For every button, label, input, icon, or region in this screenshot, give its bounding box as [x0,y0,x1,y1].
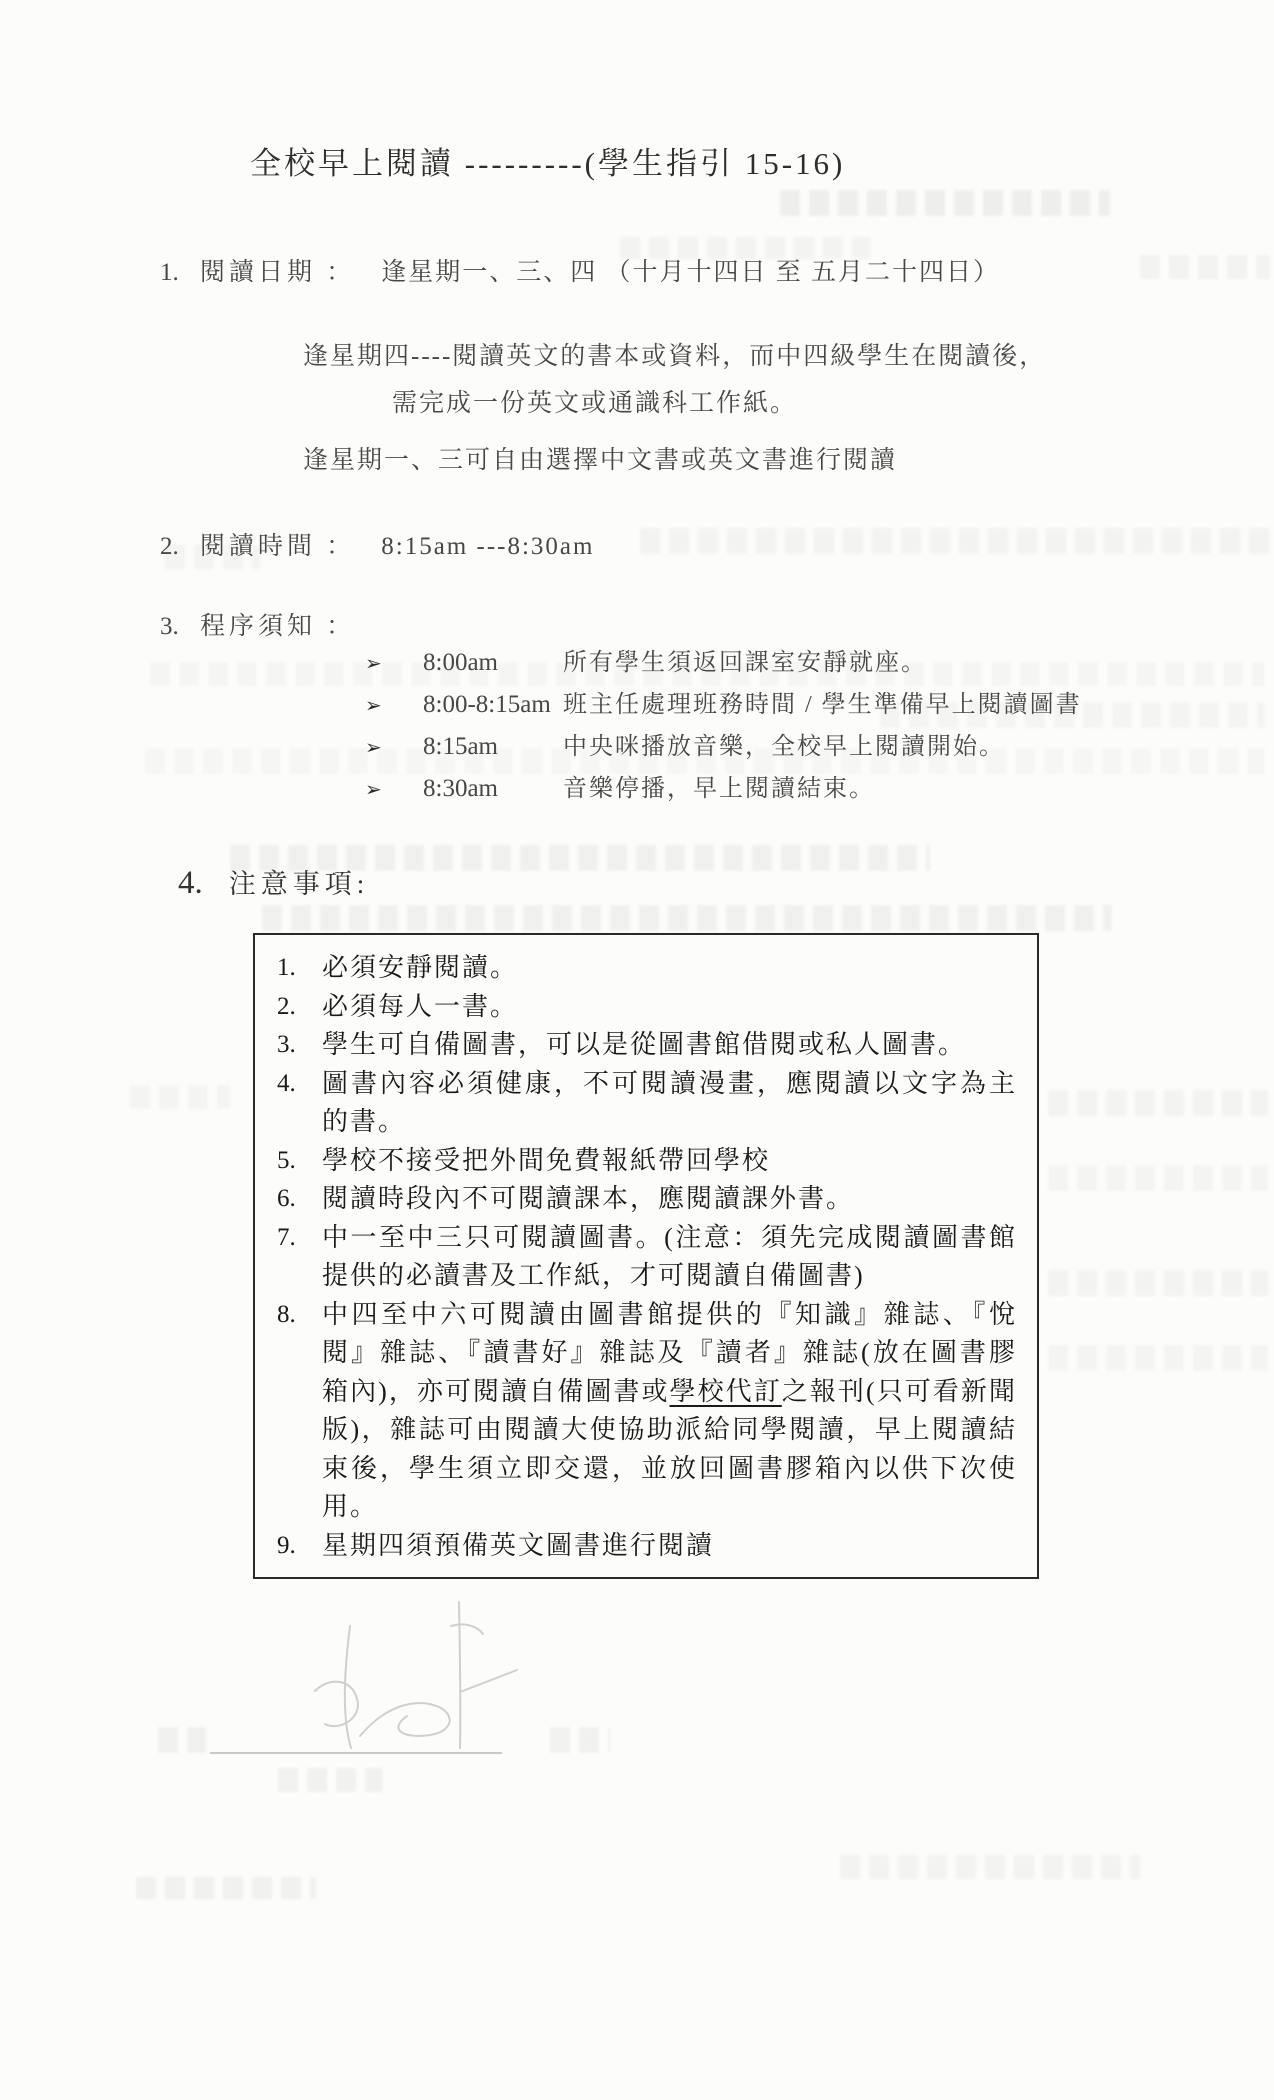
bleedthrough-ghost [1048,1270,1268,1296]
bleedthrough-ghost [1048,1165,1268,1191]
note-item: 8. 中四至中六可閱讀由圖書館提供的『知識』雜誌、『悅閱』雜誌、『讀書好』雜誌及… [277,1296,1017,1527]
section-label: 閱讀時間 ： [200,533,355,560]
schedule-time: 8:00-8:15am [423,691,563,719]
note-item: 7. 中一至中三只可閱讀圖書。(注意：須先完成閱讀圖書館提供的必讀書及工作紙，才… [277,1219,1017,1296]
section-value: 逢星期一、三、四 （十月十四日 至 五月二十四日） [381,259,1000,286]
note-item: 1. 必須安靜閱讀。 [277,949,1017,988]
schedule-row: ➢ 8:00-8:15am 班主任處理班務時間 / 學生準備早上閱讀圖書 [365,684,1082,726]
note-number: 9. [277,1527,309,1566]
section-reading-dates: 1.閱讀日期 ：逢星期一、三、四 （十月十四日 至 五月二十四日） [160,252,1000,288]
note-text: 學生可自備圖書，可以是從圖書館借閱或私人圖書。 [322,1026,1017,1065]
note-text: 中一至中三只可閱讀圖書。(注意：須先完成閱讀圖書館提供的必讀書及工作紙，才可閱讀… [322,1219,1017,1296]
note-number: 4. [277,1065,309,1142]
note-text: 圖書內容必須健康，不可閱讀漫畫，應閱讀以文字為主的書。 [322,1065,1017,1142]
bleedthrough-ghost [780,190,1110,216]
underlined-phrase: 學校代訂 [670,1377,782,1406]
note-number: 8. [277,1296,309,1527]
note-text: 星期四須預備英文圖書進行閱讀 [322,1527,1017,1566]
section-procedures: 3.程序須知 ： [160,606,355,642]
section-number: 1. [160,259,200,287]
bleedthrough-ghost [262,905,1112,931]
note-number: 6. [277,1180,309,1219]
note-text: 學校不接受把外間免費報紙帶回學校 [322,1142,1017,1181]
bleedthrough-ghost [278,1768,383,1792]
note-item: 9. 星期四須預備英文圖書進行閱讀 [277,1527,1017,1566]
section-number: 2. [160,533,200,561]
note-number: 3. [277,1026,309,1065]
note-number: 1. [277,949,309,988]
note-item: 5. 學校不接受把外間免費報紙帶回學校 [277,1142,1017,1181]
bleedthrough-ghost [158,1727,206,1753]
note-number: 5. [277,1142,309,1181]
section-value: 8:15am ---8:30am [381,533,594,560]
note-item: 6. 閱讀時段內不可閱讀課本，應閱讀課外書。 [277,1180,1017,1219]
section-label: 程序須知 ： [200,613,355,640]
schedule-time: 8:30am [423,775,563,803]
schedule-row: ➢ 8:30am 音樂停播，早上閱讀結束。 [365,768,1082,810]
note-text: 中四至中六可閱讀由圖書館提供的『知識』雜誌、『悅閱』雜誌、『讀書好』雜誌及『讀者… [322,1296,1017,1527]
bleedthrough-ghost [840,1855,1140,1879]
arrow-bullet-icon: ➢ [365,777,423,802]
bleedthrough-ghost [130,1085,230,1109]
note-item: 3. 學生可自備圖書，可以是從圖書館借閱或私人圖書。 [277,1026,1017,1065]
bleedthrough-ghost [640,528,1270,554]
section-number: 3. [160,613,200,641]
schedule-desc: 班主任處理班務時間 / 學生準備早上閱讀圖書 [563,684,1082,719]
note-number: 7. [277,1219,309,1296]
schedule-desc: 中央咪播放音樂，全校早上閱讀開始。 [563,726,1005,761]
note-text: 必須安靜閱讀。 [322,949,1017,988]
schedule-time: 8:00am [423,649,563,677]
page-title: 全校早上閱讀 ---------(學生指引 15-16) [250,138,845,183]
schedule-desc: 音樂停播，早上閱讀結束。 [563,768,875,803]
schedule-row: ➢ 8:00am 所有學生須返回課室安靜就座。 [365,642,1082,684]
section-label: 注意事項: [229,869,370,899]
bleedthrough-ghost [1140,255,1270,279]
procedure-schedule: ➢ 8:00am 所有學生須返回課室安靜就座。 ➢ 8:00-8:15am 班主… [365,642,1082,810]
schedule-desc: 所有學生須返回課室安靜就座。 [563,642,927,677]
arrow-bullet-icon: ➢ [365,735,423,760]
bleedthrough-ghost [1048,1345,1268,1371]
thursday-note-line2: 需完成一份英文或通識科工作紙。 [392,383,797,419]
note-item: 4. 圖書內容必須健康，不可閱讀漫畫，應閱讀以文字為主的書。 [277,1065,1017,1142]
section-label: 閱讀日期 ： [200,259,355,286]
schedule-time: 8:15am [423,733,563,761]
section-number: 4. [178,865,203,901]
note-number: 2. [277,988,309,1027]
thursday-note-line1: 逢星期四----閱讀英文的書本或資料，而中四級學生在閱讀後， [303,336,1046,372]
arrow-bullet-icon: ➢ [365,651,423,676]
note-item: 2. 必須每人一書。 [277,988,1017,1027]
notes-box: 1. 必須安靜閱讀。 2. 必須每人一書。 3. 學生可自備圖書，可以是從圖書館… [253,933,1039,1579]
section-reading-time: 2.閱讀時間 ：8:15am ---8:30am [160,526,594,562]
note-text: 閱讀時段內不可閱讀課本，應閱讀課外書。 [322,1180,1017,1219]
bleedthrough-ghost [136,1877,316,1899]
note-text: 必須每人一書。 [322,988,1017,1027]
signature-line [210,1752,502,1754]
signature-sketch [255,1596,595,1771]
section-notes-header: 4.注意事項: [178,862,369,902]
scanned-document-page: 全校早上閱讀 ---------(學生指引 15-16) 1.閱讀日期 ：逢星期… [0,0,1274,2100]
schedule-row: ➢ 8:15am 中央咪播放音樂，全校早上閱讀開始。 [365,726,1082,768]
arrow-bullet-icon: ➢ [365,693,423,718]
bleedthrough-ghost [1048,1090,1268,1116]
monday-wednesday-note: 逢星期一、三可自由選擇中文書或英文書進行閱讀 [303,440,897,476]
